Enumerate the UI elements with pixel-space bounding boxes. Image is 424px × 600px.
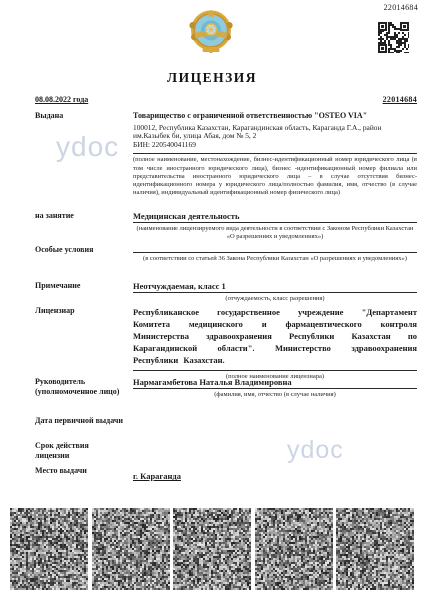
company-name: Товарищество с ограниченной ответственно… bbox=[133, 111, 417, 120]
special-conditions-value bbox=[133, 245, 417, 253]
note-value: Неотчуждаемая, класс 1 bbox=[133, 281, 417, 293]
barcode-block bbox=[173, 508, 251, 590]
field-label-validity: Срок действия лицензии bbox=[35, 441, 160, 460]
qr-code bbox=[378, 22, 409, 53]
barcode-block bbox=[10, 508, 88, 590]
field-licensor: Республиканское государственное учрежден… bbox=[133, 306, 417, 381]
licensor-value: Республиканское государственное учрежден… bbox=[133, 306, 417, 371]
special-conditions-caption: (в соответствии со статьей 36 Закона Рес… bbox=[133, 253, 417, 263]
issued-caption: (полное наименование, местонахождение, б… bbox=[133, 153, 417, 197]
note-caption: (отчуждаемость, класс разрешения) bbox=[133, 293, 417, 303]
company-bin: БИН: 220540041169 bbox=[133, 141, 417, 150]
kazakhstan-emblem-icon bbox=[186, 8, 236, 56]
barcode-block bbox=[92, 508, 170, 590]
field-label-first-issue-date: Дата первичной выдачи bbox=[35, 416, 160, 426]
license-document: 22014684 ЛИЦЕНЗИЯ 08.08.2022 года 220146… bbox=[0, 0, 424, 600]
document-title: ЛИЦЕНЗИЯ bbox=[0, 70, 424, 86]
barcode-block bbox=[336, 508, 414, 590]
barcode-block bbox=[255, 508, 333, 590]
document-number-top: 22014684 bbox=[384, 3, 418, 12]
company-address: 100012, Республика Казахстан, Карагандин… bbox=[133, 124, 417, 141]
license-number: 22014684 bbox=[383, 95, 417, 104]
field-special-conditions: (в соответствии со статьей 36 Закона Рес… bbox=[133, 245, 417, 263]
field-issue-place: г. Караганда bbox=[133, 466, 417, 484]
issue-place-value: г. Караганда bbox=[133, 471, 181, 481]
head-value: Нармагамбетова Наталья Владимировна bbox=[133, 377, 417, 389]
field-issued: Товарищество с ограниченной ответственно… bbox=[133, 111, 417, 198]
validity-label-line2: лицензии bbox=[35, 451, 160, 461]
validity-label-line1: Срок действия bbox=[35, 441, 160, 451]
activity-value: Медицинская деятельность bbox=[133, 211, 417, 223]
barcode-strip bbox=[10, 508, 414, 590]
field-activity: Медицинская деятельность (наименование л… bbox=[133, 211, 417, 241]
activity-caption: (наименование лицензируемого вида деятел… bbox=[133, 223, 417, 241]
field-head: Нармагамбетова Наталья Владимировна (фам… bbox=[133, 377, 417, 399]
issue-date: 08.08.2022 года bbox=[35, 95, 88, 104]
ydoc-watermark: ydoc bbox=[56, 131, 119, 163]
ydoc-watermark: ydoc bbox=[287, 436, 344, 465]
head-caption: (фамилия, имя, отчество (в случае наличи… bbox=[133, 389, 417, 399]
field-note: Неотчуждаемая, класс 1 (отчуждаемость, к… bbox=[133, 281, 417, 303]
